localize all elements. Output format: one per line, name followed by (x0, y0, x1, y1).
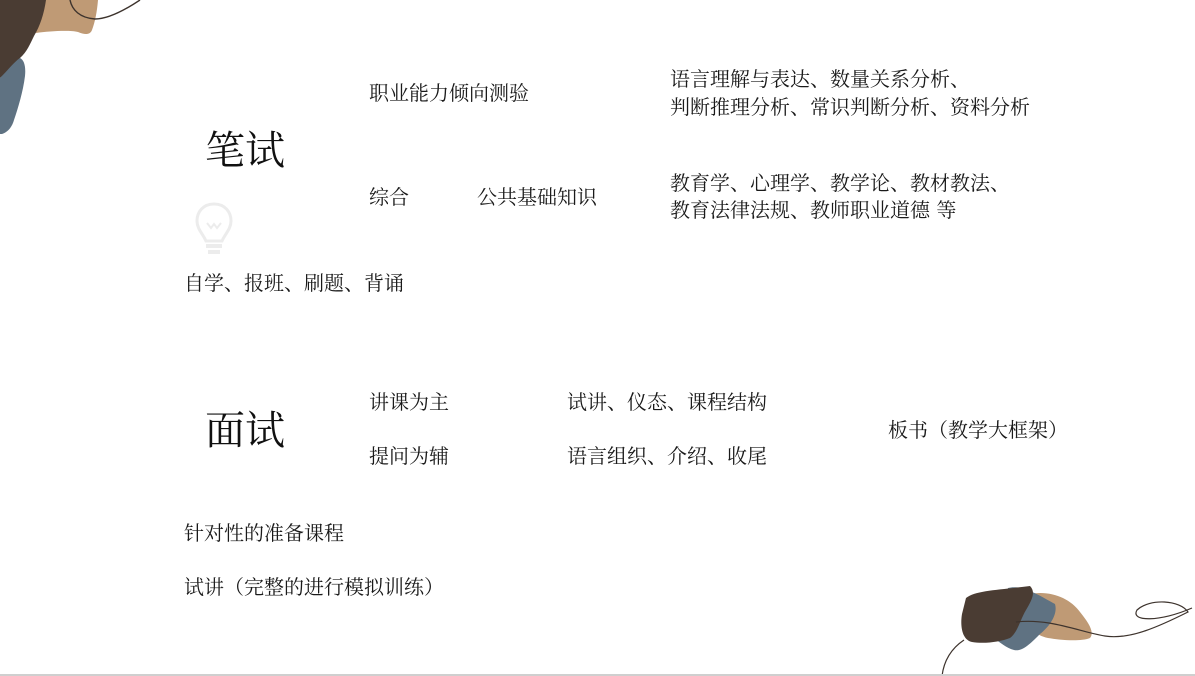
interview-prep-trial: 试讲（完整的进行模拟训练） (184, 574, 444, 601)
aptitude-content-line2: 判断推理分析、常识判断分析、资料分析 (670, 94, 1030, 121)
subject-aptitude-test: 职业能力倾向测验 (369, 80, 529, 107)
public-knowledge-content-line1: 教育学、心理学、教学论、教材教法、 (670, 170, 1010, 197)
public-knowledge-content-line2: 教育法律法规、教师职业道德 等 (670, 197, 956, 224)
interview-prep-course: 针对性的准备课程 (184, 520, 344, 547)
study-methods: 自学、报班、刷题、背诵 (184, 270, 404, 297)
subject-public-knowledge: 公共基础知识 (477, 184, 597, 211)
lightbulb-icon (194, 200, 234, 260)
decorative-blobs-top-left (0, 0, 160, 140)
slide: 笔试 职业能力倾向测验 语言理解与表达、数量关系分析、 判断推理分析、常识判断分… (0, 0, 1195, 674)
subject-comprehensive-label: 综合 (369, 184, 409, 211)
interview-side-note: 板书（教学大框架） (888, 417, 1068, 444)
interview-item-lecture: 讲课为主 (369, 389, 449, 416)
interview-title: 面试 (205, 408, 285, 454)
decorative-blobs-bottom-right (930, 570, 1195, 676)
written-exam-title: 笔试 (205, 128, 285, 174)
interview-item-questions: 提问为辅 (369, 443, 449, 470)
interview-item-questions-detail: 语言组织、介绍、收尾 (567, 443, 767, 470)
aptitude-content-line1: 语言理解与表达、数量关系分析、 (670, 66, 970, 93)
interview-item-lecture-detail: 试讲、仪态、课程结构 (567, 389, 767, 416)
